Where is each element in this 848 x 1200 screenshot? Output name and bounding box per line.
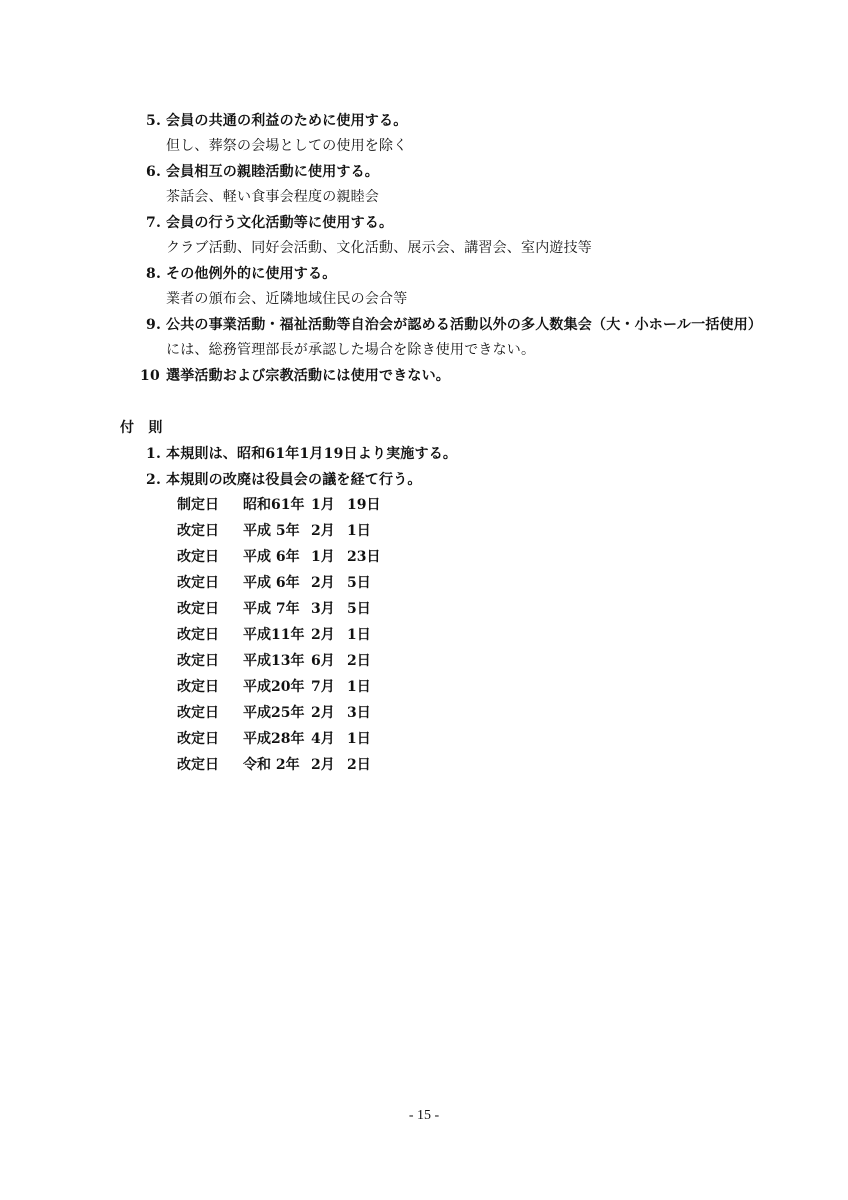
revision-row: 改定日平成 7年3月5日	[177, 598, 371, 618]
item-text: 本規則の改廃は役員会の議を経て行う。	[166, 472, 422, 488]
revision-year: 令和 2年	[243, 754, 311, 774]
revision-year: 平成 6年	[243, 572, 311, 592]
revision-row: 改定日平成 6年1月23日	[177, 546, 380, 566]
item-text: 会員相互の親睦活動に使用する。	[166, 164, 379, 180]
revision-year: 平成11年	[243, 624, 311, 644]
item-number: 7.	[146, 215, 166, 231]
revision-year: 昭和61年	[243, 494, 311, 514]
revision-row: 改定日平成 6年2月5日	[177, 572, 371, 592]
revision-day: 5日	[347, 601, 371, 617]
revision-row: 改定日令和 2年2月2日	[177, 754, 371, 774]
item-text: 本規則は、昭和61年1月19日より実施する。	[166, 446, 457, 462]
item-text: 会員の共通の利益のために使用する。	[166, 113, 407, 129]
revision-row: 制定日昭和61年1月19日	[177, 494, 380, 514]
item-number: 8.	[146, 266, 166, 282]
item-number: 1.	[146, 446, 166, 462]
revision-label: 改定日	[177, 572, 243, 592]
revision-month: 7月	[311, 676, 347, 696]
revision-label: 改定日	[177, 650, 243, 670]
revision-row: 改定日平成25年2月3日	[177, 702, 371, 722]
revision-year: 平成 5年	[243, 520, 311, 540]
revision-year: 平成13年	[243, 650, 311, 670]
revision-day: 19日	[347, 497, 380, 513]
rule-item-7: 7.会員の行う文化活動等に使用する。	[146, 212, 393, 232]
revision-label: 改定日	[177, 754, 243, 774]
revision-month: 2月	[311, 520, 347, 540]
revision-month: 2月	[311, 624, 347, 644]
revision-label: 改定日	[177, 676, 243, 696]
revision-label: 改定日	[177, 546, 243, 566]
revision-month: 4月	[311, 728, 347, 748]
item-text: その他例外的に使用する。	[166, 266, 336, 282]
revision-month: 2月	[311, 754, 347, 774]
item-number: 2.	[146, 472, 166, 488]
revision-year: 平成20年	[243, 676, 311, 696]
revision-day: 2日	[347, 653, 371, 669]
supplementary-item-1: 1.本規則は、昭和61年1月19日より実施する。	[146, 443, 457, 463]
rule-item-5-note: 但し、葬祭の会場としての使用を除く	[166, 135, 407, 155]
revision-row: 改定日平成13年6月2日	[177, 650, 371, 670]
rule-item-9: 9.公共の事業活動・福祉活動等自治会が認める活動以外の多人数集会（大・小ホール一…	[146, 314, 762, 334]
rule-item-8: 8.その他例外的に使用する。	[146, 263, 336, 283]
revision-day: 1日	[347, 731, 371, 747]
item-number: 6.	[146, 164, 166, 180]
rule-item-9-note: には、総務管理部長が承認した場合を除き使用できない。	[166, 339, 535, 359]
rule-item-7-note: クラブ活動、同好会活動、文化活動、展示会、講習会、室内遊技等	[166, 237, 592, 257]
revision-month: 2月	[311, 572, 347, 592]
item-number: 9.	[146, 317, 166, 333]
revision-row: 改定日平成28年4月1日	[177, 728, 371, 748]
revision-row: 改定日平成11年2月1日	[177, 624, 371, 644]
rule-item-8-note: 業者の頒布会、近隣地域住民の会合等	[166, 288, 407, 308]
revision-label: 改定日	[177, 728, 243, 748]
revision-label: 制定日	[177, 494, 243, 514]
revision-year: 平成 6年	[243, 546, 311, 566]
revision-month: 2月	[311, 702, 347, 722]
revision-day: 2日	[347, 757, 371, 773]
revision-year: 平成 7年	[243, 598, 311, 618]
item-text: 会員の行う文化活動等に使用する。	[166, 215, 393, 231]
item-number: 10	[140, 368, 166, 384]
supplementary-item-2: 2.本規則の改廃は役員会の議を経て行う。	[146, 469, 422, 489]
revision-day: 5日	[347, 575, 371, 591]
supplementary-heading: 付 則	[120, 417, 163, 437]
revision-month: 1月	[311, 546, 347, 566]
revision-month: 6月	[311, 650, 347, 670]
revision-label: 改定日	[177, 624, 243, 644]
revision-day: 1日	[347, 523, 371, 539]
rule-item-6: 6.会員相互の親睦活動に使用する。	[146, 161, 379, 181]
revision-label: 改定日	[177, 520, 243, 540]
revision-day: 1日	[347, 627, 371, 643]
item-text: 選挙活動および宗教活動には使用できない。	[166, 368, 450, 384]
item-text: 公共の事業活動・福祉活動等自治会が認める活動以外の多人数集会（大・小ホール一括使…	[166, 317, 762, 333]
revision-month: 3月	[311, 598, 347, 618]
revision-label: 改定日	[177, 598, 243, 618]
revision-month: 1月	[311, 494, 347, 514]
item-number: 5.	[146, 113, 166, 129]
rule-item-5: 5.会員の共通の利益のために使用する。	[146, 110, 407, 130]
revision-label: 改定日	[177, 702, 243, 722]
revision-day: 23日	[347, 549, 380, 565]
page-number: - 15 -	[0, 1108, 848, 1124]
revision-day: 1日	[347, 679, 371, 695]
revision-year: 平成28年	[243, 728, 311, 748]
revision-row: 改定日平成 5年2月1日	[177, 520, 371, 540]
rule-item-10: 10選挙活動および宗教活動には使用できない。	[140, 365, 450, 385]
revision-year: 平成25年	[243, 702, 311, 722]
revision-day: 3日	[347, 705, 371, 721]
revision-row: 改定日平成20年7月1日	[177, 676, 371, 696]
rule-item-6-note: 茶話会、軽い食事会程度の親睦会	[166, 186, 379, 206]
